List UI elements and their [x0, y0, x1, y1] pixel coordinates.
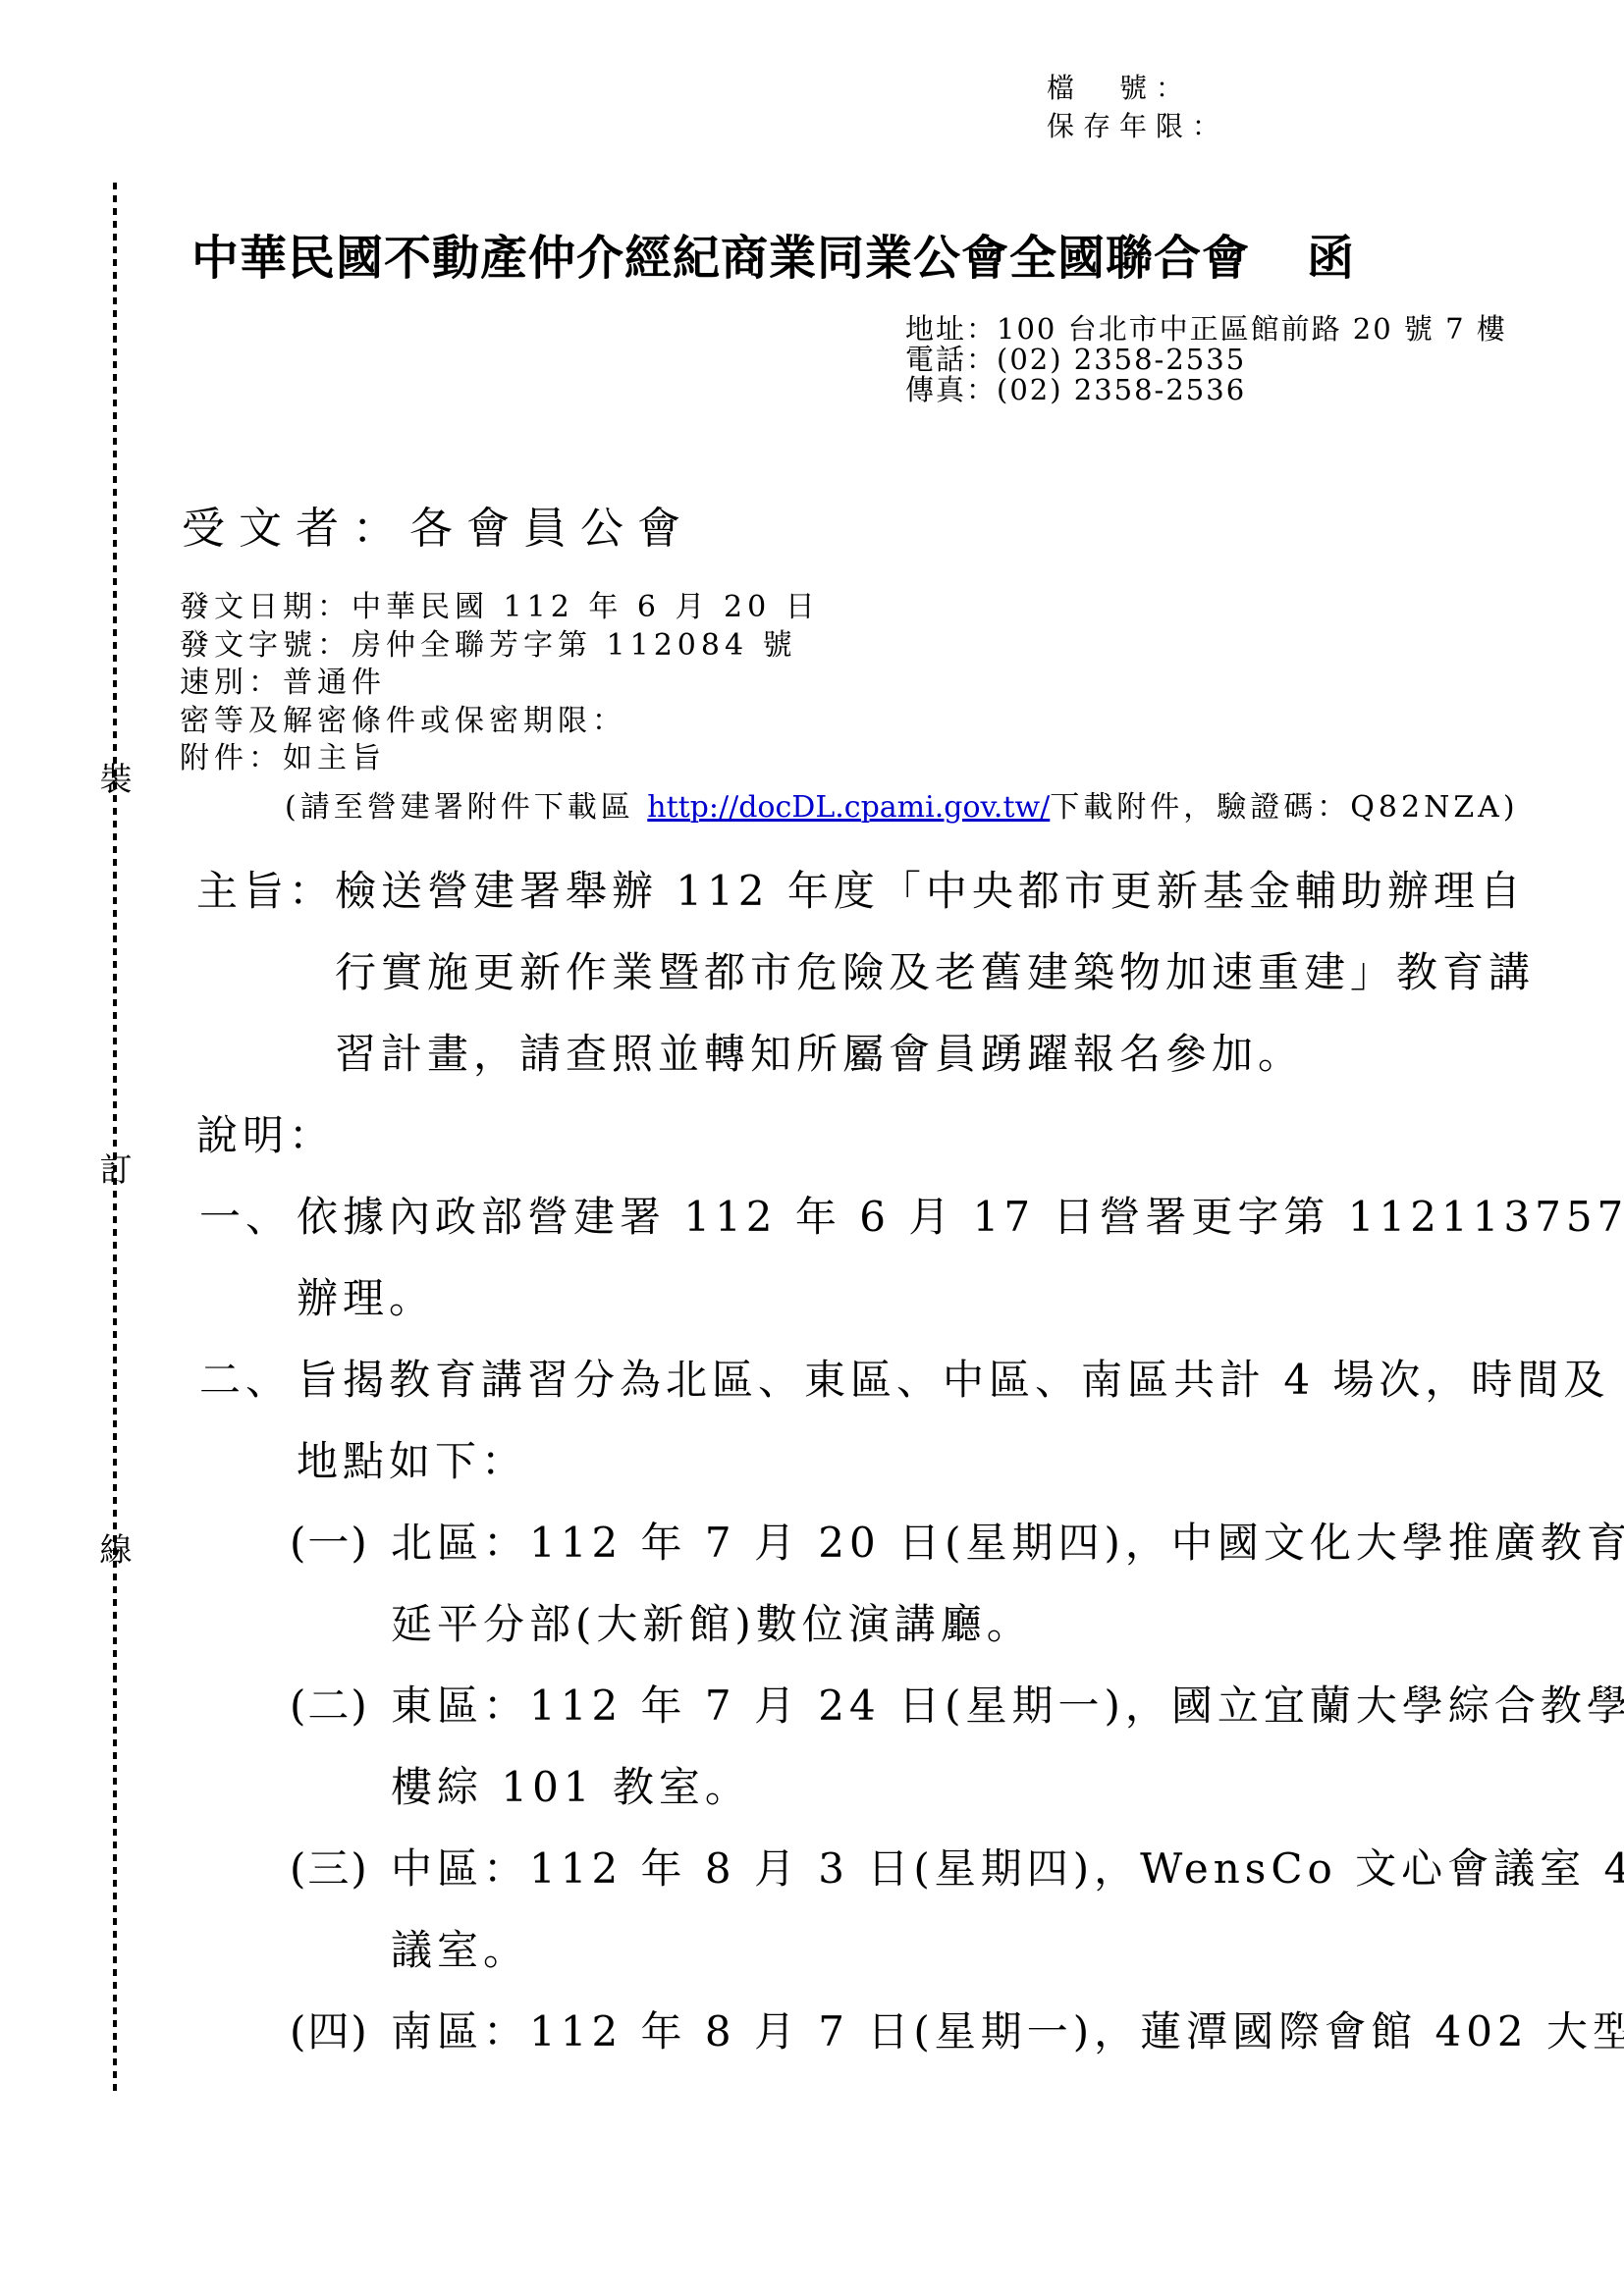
sender-fax: 傳真：(02) 2358-2536 [905, 375, 1507, 405]
binding-char-zhuang: 裝 [94, 754, 137, 800]
sender-address: 地址：100 台北市中正區館前路 20 號 7 樓 [905, 314, 1507, 345]
session-east-marker: (二) [290, 1665, 391, 1746]
session-north-text: 北區：112 年 7 月 20 日(星期四)，中國文化大學推廣教育部 [391, 1519, 1624, 1567]
session-north-marker: (一) [290, 1502, 391, 1583]
session-east-text: 東區：112 年 7 月 24 日(星期一)，國立宜蘭大學綜合教學大 [391, 1682, 1624, 1730]
retention-period-label: 保存年限： [1047, 107, 1228, 145]
explanation-item-2-cont: 地點如下： [0, 1420, 1624, 1502]
subject-line-1: 主旨：檢送營建署舉辦 112 年度「中央都市更新基金輔助辦理自 [0, 850, 1624, 932]
subject-label: 主旨： [196, 867, 335, 915]
doc-number-line: 發文字號：房仲全聯芳字第 112084 號 [180, 627, 820, 666]
item-2-marker: 二、 [199, 1339, 297, 1420]
session-central-cont: 議室。 [0, 1909, 1624, 1991]
session-east-cont: 樓綜 101 教室。 [0, 1746, 1624, 1828]
session-north-cont: 延平分部(大新館)數位演講廳。 [0, 1583, 1624, 1665]
org-name: 中華民國不動產仲介經紀商業同業公會全國聯合會 [191, 231, 1250, 286]
explanation-label: 說明： [0, 1095, 1624, 1176]
explanation-item-2: 二、旨揭教育講習分為北區、東區、中區、南區共計 4 場次，時間及 [0, 1339, 1624, 1420]
security-class-line: 密等及解密條件或保密期限： [180, 703, 820, 741]
doc-type-label: 函 [1307, 231, 1355, 286]
recipient-line: 受文者：各會員公會 [182, 493, 694, 556]
subject-line-3: 習計畫，請查照並轉知所屬會員踴躍報名參加。 [0, 1013, 1624, 1095]
doc-meta-block: 發文日期：中華民國 112 年 6 月 20 日 發文字號：房仲全聯芳字第 11… [180, 589, 820, 778]
document-page: 檔 號： 保存年限： 裝 訂 線 中華民國不動產仲介經紀商業同業公會全國聯合會函… [0, 0, 1624, 2296]
item-2-text: 旨揭教育講習分為北區、東區、中區、南區共計 4 場次，時間及 [297, 1356, 1609, 1404]
session-central-text: 中區：112 年 8 月 3 日(星期四)，WensCo 文心會議室 402 會 [391, 1844, 1624, 1893]
attachment-download-link[interactable]: http://docDL.cpami.gov.tw/ [647, 790, 1050, 825]
speed-class-line: 速別：普通件 [180, 665, 820, 703]
file-number-block: 檔 號： 保存年限： [1047, 69, 1228, 145]
explanation-item-1: 一、依據內政部營建署 112 年 6 月 17 日營署更字第 112113757… [0, 1176, 1624, 1257]
session-south: (四)南區：112 年 8 月 7 日(星期一)，蓮潭國際會館 402 大型階 [0, 1991, 1624, 2072]
attachment-note: (請至營建署附件下載區 http://docDL.cpami.gov.tw/下載… [285, 782, 1519, 826]
attachment-note-pre: (請至營建署附件下載區 [285, 790, 647, 825]
session-central: (三)中區：112 年 8 月 3 日(星期四)，WensCo 文心會議室 40… [0, 1828, 1624, 1909]
issue-date-line: 發文日期：中華民國 112 年 6 月 20 日 [180, 589, 820, 627]
session-south-text: 南區：112 年 8 月 7 日(星期一)，蓮潭國際會館 402 大型階 [391, 2007, 1624, 2056]
explanation-item-1-cont: 辦理。 [0, 1257, 1624, 1339]
document-title: 中華民國不動產仲介經紀商業同業公會全國聯合會函 [191, 220, 1355, 288]
sender-contact-block: 地址：100 台北市中正區館前路 20 號 7 樓 電話：(02) 2358-2… [905, 314, 1507, 405]
sender-phone: 電話：(02) 2358-2535 [905, 345, 1507, 375]
letter-body: 主旨：檢送營建署舉辦 112 年度「中央都市更新基金輔助辦理自 行實施更新作業暨… [0, 850, 1624, 2072]
attachment-note-post: 下載附件，驗證碼：Q82NZA) [1050, 790, 1518, 825]
file-number-label: 檔 號： [1047, 69, 1228, 107]
session-south-marker: (四) [290, 1991, 391, 2072]
session-north: (一)北區：112 年 7 月 20 日(星期四)，中國文化大學推廣教育部 [0, 1502, 1624, 1583]
attachment-line: 附件：如主旨 [180, 740, 820, 778]
session-east: (二)東區：112 年 7 月 24 日(星期一)，國立宜蘭大學綜合教學大 [0, 1665, 1624, 1746]
item-1-text: 依據內政部營建署 112 年 6 月 17 日營署更字第 1121137570 … [297, 1193, 1624, 1241]
subject-text-1: 檢送營建署舉辦 112 年度「中央都市更新基金輔助辦理自 [335, 867, 1526, 915]
subject-line-2: 行實施更新作業暨都市危險及老舊建築物加速重建」教育講 [0, 932, 1624, 1013]
session-central-marker: (三) [290, 1828, 391, 1909]
item-1-marker: 一、 [199, 1176, 297, 1257]
